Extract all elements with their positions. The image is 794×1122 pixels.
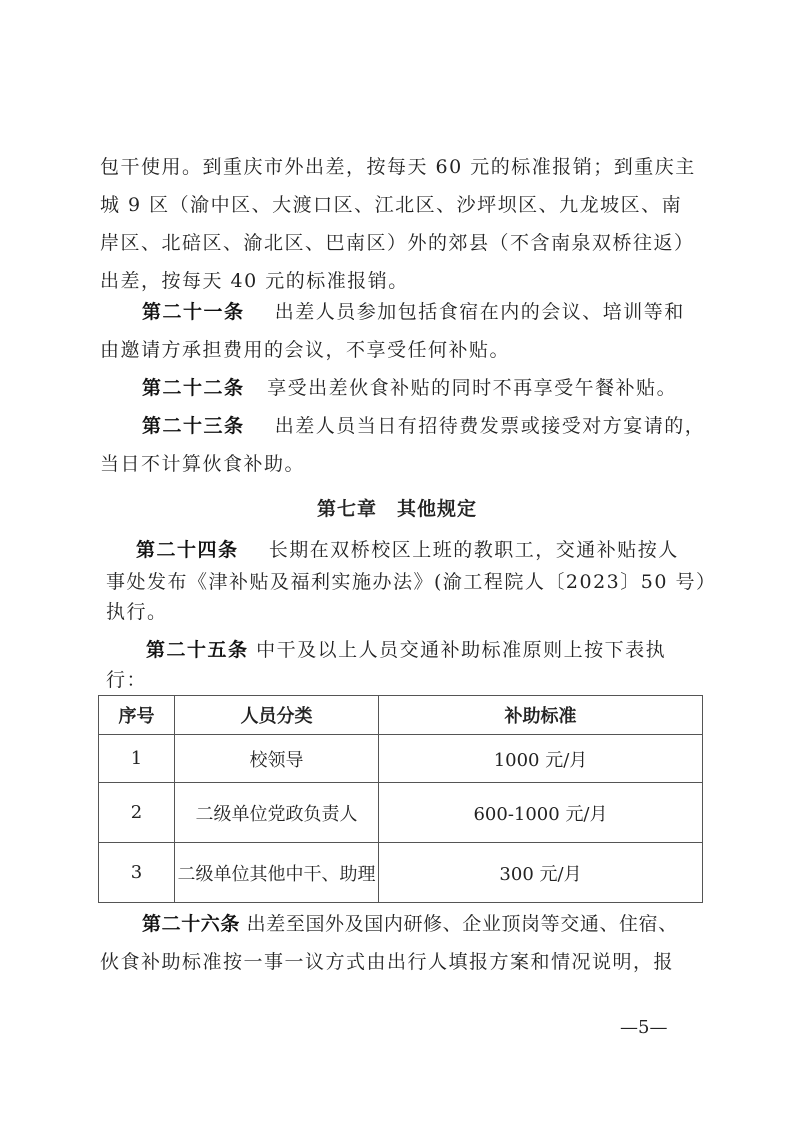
table-row: 2 二级单位党政负责人 600-1000 元/月	[99, 783, 703, 843]
table-cell: 1000 元/月	[379, 735, 703, 783]
table-cell: 校领导	[175, 735, 379, 783]
article-text: 出差至国外及国内研修、企业顶岗等交通、住宿、	[247, 913, 678, 935]
article-24: 第二十四条 长期在双桥校区上班的教职工，交通补贴按人	[136, 538, 679, 562]
table-cell: 二级单位党政负责人	[175, 783, 379, 843]
article-text: 长期在双桥校区上班的教职工，交通补贴按人	[269, 539, 679, 561]
article-text: 享受出差伙食补贴的同时不再享受午餐补贴。	[267, 377, 677, 399]
table-row: 3 二级单位其他中干、助理 300 元/月	[99, 843, 703, 903]
article-22: 第二十二条 享受出差伙食补贴的同时不再享受午餐补贴。	[142, 376, 677, 400]
paragraph-line: 事处发布《津补贴及福利实施办法》(渝工程院人〔2023〕50 号）	[106, 570, 716, 594]
paragraph-line: 伙食补助标准按一事一议方式由出行人填报方案和情况说明，报	[100, 950, 674, 974]
paragraph-line: 当日不计算伙食补助。	[100, 452, 305, 476]
table-cell: 300 元/月	[379, 843, 703, 903]
table-header: 补助标准	[379, 696, 703, 735]
article-23: 第二十三条 出差人员当日有招待费发票或接受对方宴请的，	[142, 414, 705, 438]
table-cell: 2	[99, 783, 175, 843]
paragraph-line: 岸区、北碚区、渝北区、巴南区）外的郊县（不含南泉双桥往返）	[100, 231, 695, 255]
table-cell: 1	[99, 735, 175, 783]
article-21: 第二十一条 出差人员参加包括食宿在内的会议、培训等和	[142, 300, 685, 324]
article-title: 第二十四条	[136, 539, 239, 561]
allowance-table: 序号 人员分类 补助标准 1 校领导 1000 元/月 2 二级单位党政负责人 …	[98, 695, 703, 903]
article-title: 第二十五条	[146, 639, 249, 661]
article-title: 第二十二条	[142, 377, 245, 399]
paragraph-line: 执行。	[106, 600, 168, 624]
article-25: 第二十五条 中干及以上人员交通补助标准原则上按下表执	[146, 638, 666, 662]
article-26: 第二十六条 出差至国外及国内研修、企业顶岗等交通、住宿、	[142, 912, 678, 936]
article-text: 出差人员当日有招待费发票或接受对方宴请的，	[275, 415, 706, 437]
table-cell: 3	[99, 843, 175, 903]
article-title: 第二十六条	[142, 913, 240, 935]
article-title: 第二十三条	[142, 415, 245, 437]
paragraph-line: 出差，按每天 40 元的标准报销。	[100, 269, 409, 293]
table-cell: 二级单位其他中干、助理	[175, 843, 379, 903]
paragraph-line: 包干使用。到重庆市外出差，按每天 60 元的标准报销；到重庆主	[100, 155, 696, 179]
table-cell: 600-1000 元/月	[379, 783, 703, 843]
article-title: 第二十一条	[142, 301, 245, 323]
paragraph-line: 城 9 区（渝中区、大渡口区、江北区、沙坪坝区、九龙坡区、南	[100, 193, 682, 217]
table-header: 序号	[99, 696, 175, 735]
paragraph-line: 行：	[106, 668, 147, 692]
table-header: 人员分类	[175, 696, 379, 735]
page-number: —5—	[620, 1017, 667, 1038]
article-text: 出差人员参加包括食宿在内的会议、培训等和	[275, 301, 685, 323]
paragraph-line: 由邀请方承担费用的会议，不享受任何补贴。	[100, 338, 510, 362]
chapter-heading: 第七章 其他规定	[0, 494, 794, 521]
article-text: 中干及以上人员交通补助标准原则上按下表执	[256, 639, 666, 661]
table-row: 1 校领导 1000 元/月	[99, 735, 703, 783]
